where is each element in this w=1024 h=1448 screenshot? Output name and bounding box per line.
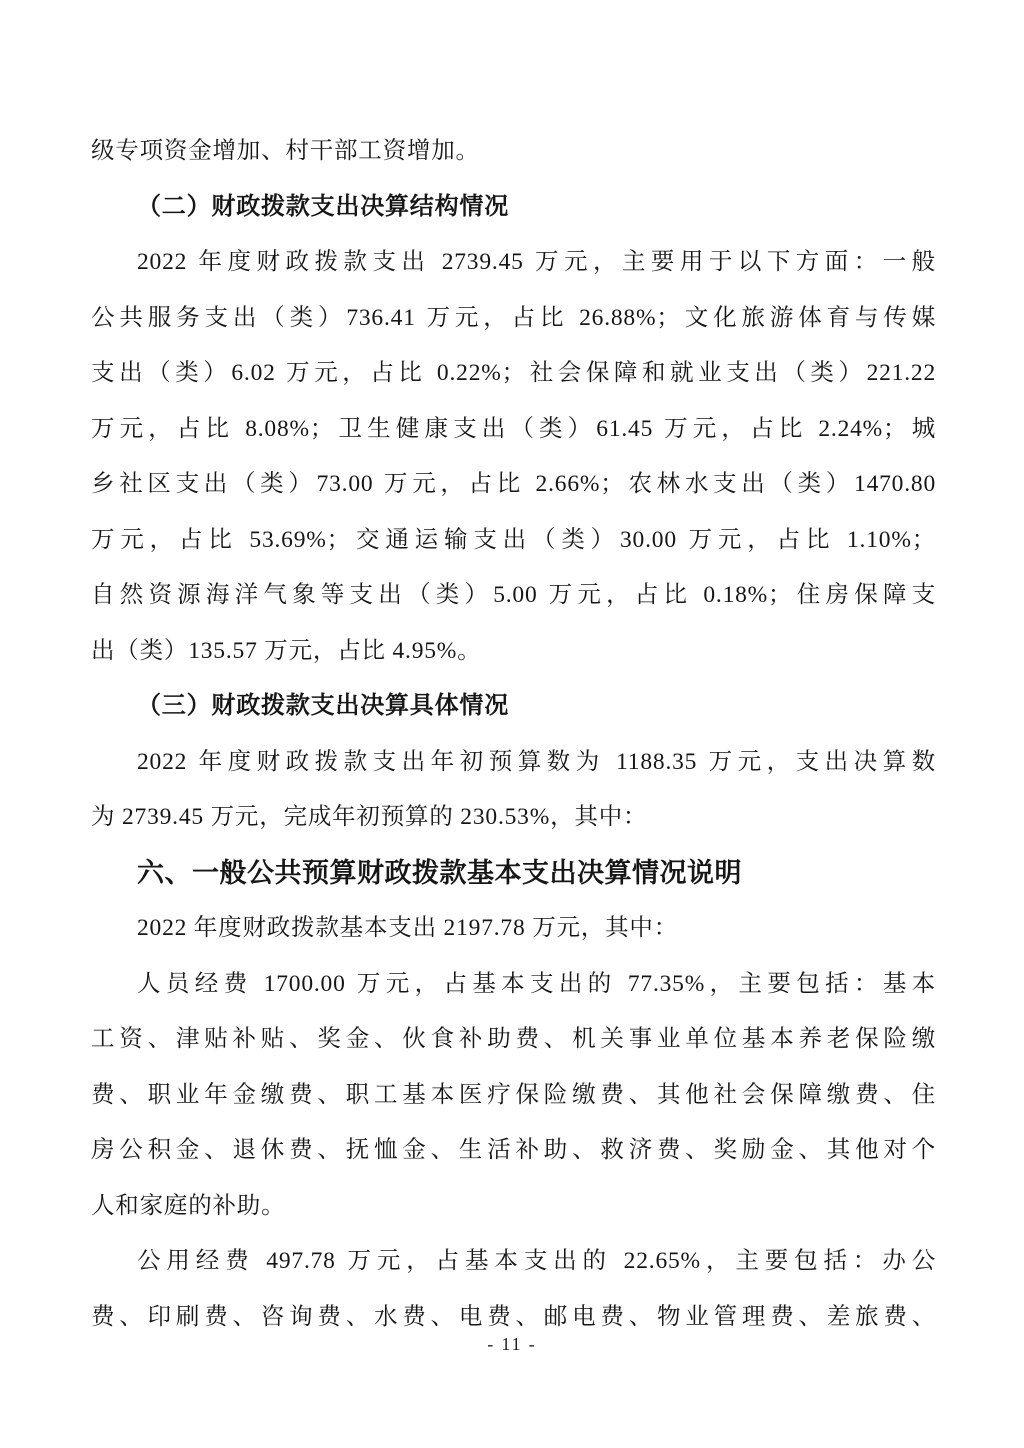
paragraph-line: 房公积金、退休费、抚恤金、生活补助、救济费、奖励金、其他对个 [91, 1123, 936, 1179]
paragraph-line: 公用经费 497.78 万元，占基本支出的 22.65%，主要包括：办公 [91, 1234, 936, 1290]
paragraph-line: 2022 年度财政拨款支出 2739.45 万元，主要用于以下方面：一般 [91, 235, 936, 291]
section-heading-3: （三）财政拨款支出决算具体情况 [91, 679, 936, 735]
paragraph-line: 2022 年度财政拨款支出年初预算数为 1188.35 万元，支出决算数 [91, 735, 936, 791]
paragraph-line: 乡社区支出（类）73.00 万元，占比 2.66%；农林水支出（类）1470.8… [91, 457, 936, 513]
paragraph-line: 工资、津贴补贴、奖金、伙食补助费、机关事业单位基本养老保险缴 [91, 1012, 936, 1068]
paragraph-line: 万元，占比 8.08%；卫生健康支出（类）61.45 万元，占比 2.24%；城 [91, 402, 936, 458]
paragraph-line: 出（类）135.57 万元，占比 4.95%。 [91, 624, 936, 680]
paragraph-line: 费、职业年金缴费、职工基本医疗保险缴费、其他社会保障缴费、住 [91, 1068, 936, 1124]
section-heading-2: （二）财政拨款支出决算结构情况 [91, 180, 936, 236]
document-text-block: 级专项资金增加、村干部工资增加。 （二）财政拨款支出决算结构情况 2022 年度… [91, 124, 936, 1345]
paragraph-line: 公共服务支出（类）736.41 万元，占比 26.88%；文化旅游体育与传媒 [91, 291, 936, 347]
paragraph-line: 支出（类）6.02 万元，占比 0.22%；社会保障和就业支出（类）221.22 [91, 346, 936, 402]
page-number: - 11 - [0, 1334, 1024, 1355]
paragraph-line: 万元，占比 53.69%；交通运输支出（类）30.00 万元，占比 1.10%； [91, 513, 936, 569]
chapter-heading-six: 六、一般公共预算财政拨款基本支出决算情况说明 [91, 846, 936, 902]
paragraph-line: 为 2739.45 万元，完成年初预算的 230.53%，其中： [91, 790, 936, 846]
document-page: 级专项资金增加、村干部工资增加。 （二）财政拨款支出决算结构情况 2022 年度… [0, 0, 1024, 1448]
paragraph-line: 自然资源海洋气象等支出（类）5.00 万元，占比 0.18%；住房保障支 [91, 568, 936, 624]
paragraph-line: 2022 年度财政拨款基本支出 2197.78 万元，其中： [91, 901, 936, 957]
paragraph-line: 人员经费 1700.00 万元，占基本支出的 77.35%，主要包括：基本 [91, 957, 936, 1013]
paragraph-line: 人和家庭的补助。 [91, 1179, 936, 1235]
paragraph-line: 级专项资金增加、村干部工资增加。 [91, 124, 936, 180]
